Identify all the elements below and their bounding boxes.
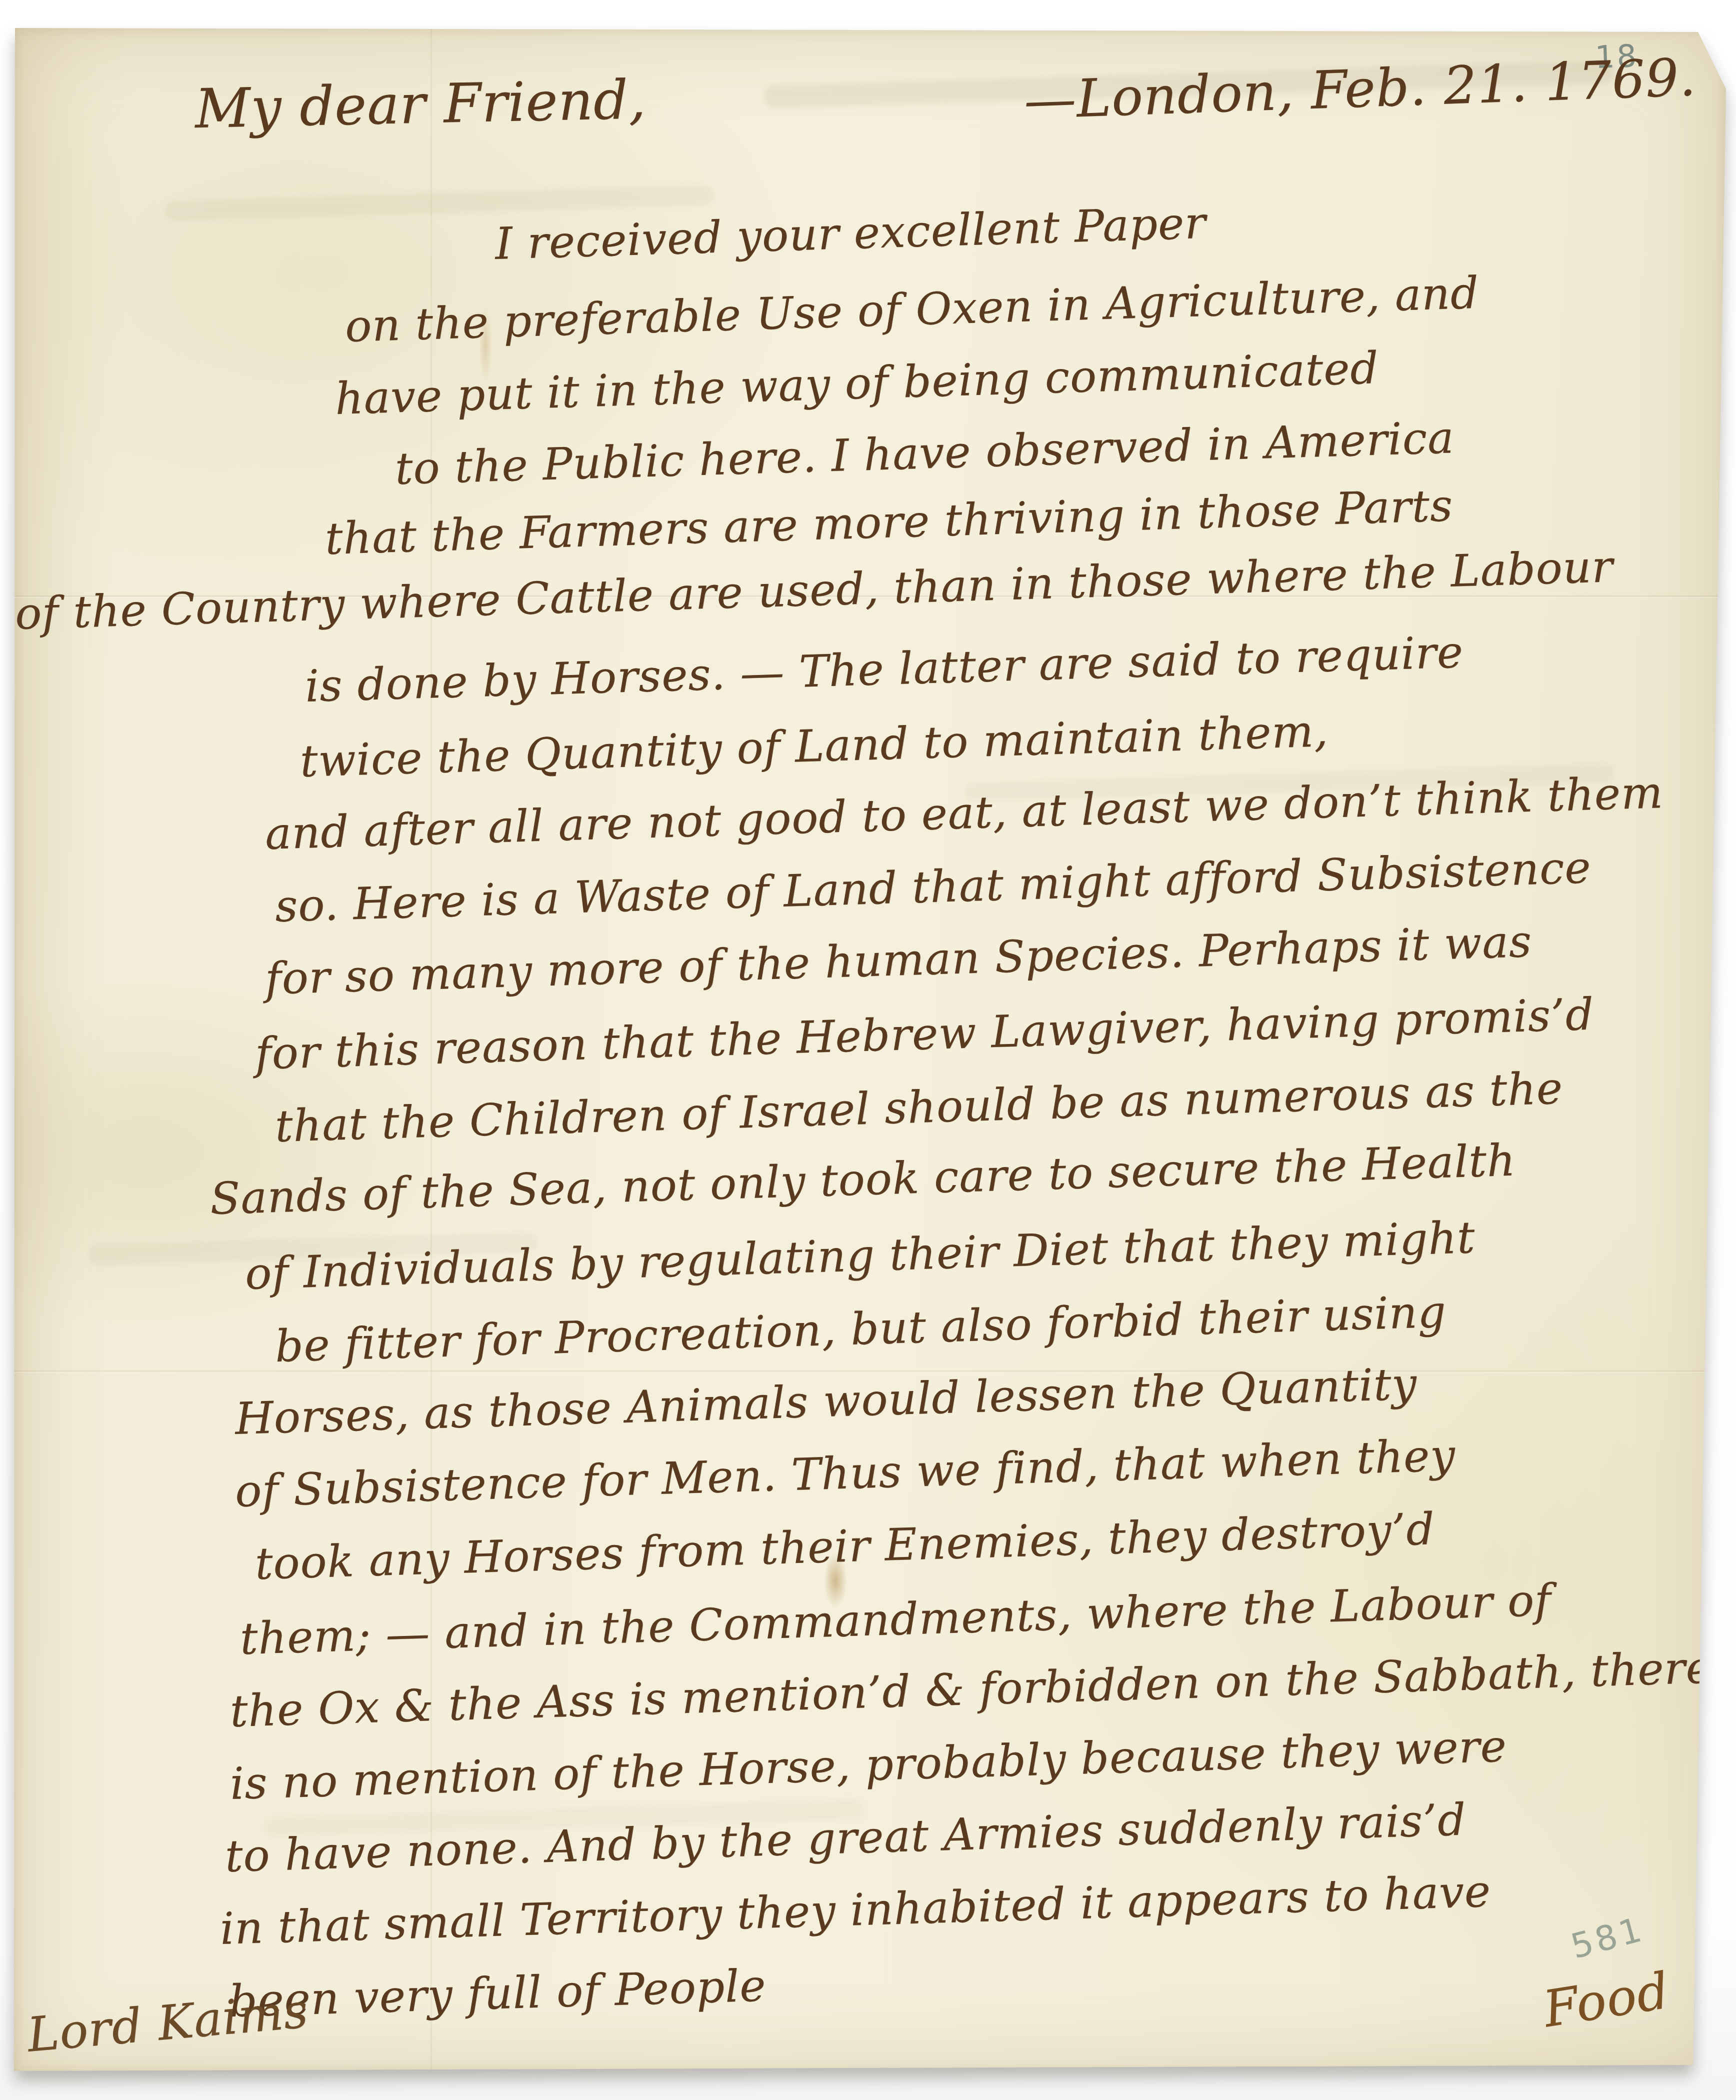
- docket-recipient: Lord Kaims: [25, 1983, 310, 2063]
- paper-shadow-wrap: 18 581 My dear Friend, —London, Feb. 21.…: [0, 0, 1736, 2100]
- letter-sheet: 18 581 My dear Friend, —London, Feb. 21.…: [14, 28, 1726, 2073]
- catchword: Food: [1539, 1961, 1673, 2038]
- archival-catalog-number: 581: [1567, 1909, 1648, 1967]
- dateline: —London, Feb. 21. 1769.: [1023, 46, 1697, 131]
- letter-line: them; — and in the Commandments, where t…: [239, 1574, 1551, 1664]
- letter-line: on the preferable Use of Oxen in Agricul…: [344, 267, 1479, 352]
- letter-line: is done by Horses. — The latter are said…: [304, 626, 1464, 712]
- letter-line: of Individuals by regulating their Diet …: [244, 1211, 1475, 1299]
- letter-line: is no mention of the Horse, probably bec…: [229, 1720, 1507, 1809]
- horizontal-fold-crease: [14, 1370, 1726, 1373]
- salutation: My dear Friend,: [194, 68, 647, 140]
- letter-page: 18 581 My dear Friend, —London, Feb. 21.…: [0, 0, 1736, 2100]
- letter-line: twice the Quantity of Land to maintain t…: [299, 705, 1329, 787]
- letter-line: be fitter for Procreation, but also forb…: [274, 1285, 1447, 1371]
- letter-line: for this reason that the Hebrew Lawgiver…: [254, 988, 1594, 1079]
- letter-line: to the Public here. I have observed in A…: [394, 411, 1454, 494]
- letter-line: so. Here is a Waste of Land that might a…: [274, 841, 1591, 932]
- letter-line: been very full of People: [228, 1959, 766, 2027]
- letter-line-with-margin-overflow: of the Country where Cattle are used, th…: [14, 540, 1613, 639]
- letter-line: of Subsistence for Men. Thus we find, th…: [234, 1429, 1456, 1517]
- letter-line: for so many more of the human Species. P…: [264, 915, 1532, 1004]
- letter-line: in that small Territory they inhabited i…: [219, 1865, 1491, 1954]
